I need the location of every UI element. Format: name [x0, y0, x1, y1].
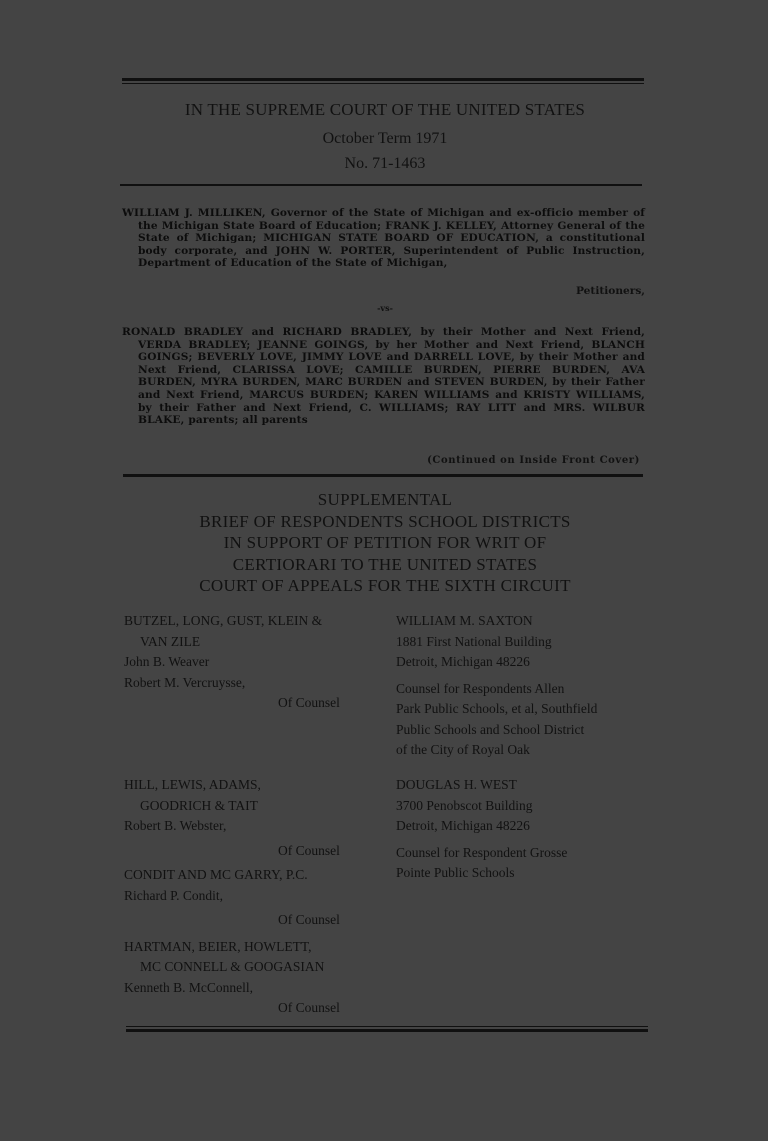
counsel-city: Detroit, Michigan 48226: [396, 816, 671, 837]
top-double-rule: [122, 78, 644, 84]
firm-name-cont: GOODRICH & TAIT: [124, 796, 389, 817]
petitioners-caption: WILLIAM J. MILLIKEN, Governor of the Sta…: [122, 207, 645, 270]
continued-note: (Continued on Inside Front Cover): [122, 455, 640, 466]
represents-line: Pointe Public Schools: [396, 863, 671, 884]
represents-line: Counsel for Respondents Allen: [396, 679, 671, 700]
represents-line: of the City of Royal Oak: [396, 740, 671, 761]
counsel-address: 3700 Penobscot Building: [396, 796, 671, 817]
counsel-address: 1881 First National Building: [396, 632, 671, 653]
counsel-block: HILL, LEWIS, ADAMS, GOODRICH & TAIT Robe…: [124, 775, 389, 861]
represents-line: Counsel for Respondent Grosse: [396, 843, 671, 864]
attorney-name: Kenneth B. McConnell,: [124, 978, 389, 999]
attorney-name: Robert B. Webster,: [124, 816, 389, 837]
counsel-block: CONDIT AND MC GARRY, P.C. Richard P. Con…: [124, 865, 389, 931]
firm-name: HARTMAN, BEIER, HOWLETT,: [124, 937, 389, 958]
caption-rule: [123, 474, 643, 477]
brief-title: SUPPLEMENTAL BRIEF OF RESPONDENTS SCHOOL…: [120, 489, 650, 597]
counsel-right-column: WILLIAM M. SAXTON 1881 First National Bu…: [396, 611, 671, 761]
represents-line: Public Schools and School District: [396, 720, 671, 741]
versus-label: -vs-: [360, 303, 410, 313]
title-line: COURT OF APPEALS FOR THE SIXTH CIRCUIT: [120, 575, 650, 597]
counsel-role: Of Counsel: [124, 693, 389, 714]
attorney-name: Richard P. Condit,: [124, 886, 389, 907]
bottom-double-rule: [126, 1026, 648, 1032]
counsel-name: WILLIAM M. SAXTON: [396, 611, 671, 632]
header-rule: [120, 184, 642, 186]
counsel-role: Of Counsel: [124, 910, 389, 931]
counsel-role: Of Counsel: [124, 998, 389, 1019]
counsel-city: Detroit, Michigan 48226: [396, 652, 671, 673]
counsel-name: DOUGLAS H. WEST: [396, 775, 671, 796]
petitioners-label: Petitioners,: [122, 285, 645, 297]
firm-name: BUTZEL, LONG, GUST, KLEIN &: [124, 611, 389, 632]
counsel-left-column: BUTZEL, LONG, GUST, KLEIN & VAN ZILE Joh…: [124, 611, 389, 714]
firm-name: HILL, LEWIS, ADAMS,: [124, 775, 389, 796]
attorney-name: Robert M. Vercruysse,: [124, 673, 389, 694]
title-line: BRIEF OF RESPONDENTS SCHOOL DISTRICTS: [120, 511, 650, 533]
court-term: October Term 1971: [100, 130, 670, 148]
counsel-block: HARTMAN, BEIER, HOWLETT, MC CONNELL & GO…: [124, 937, 389, 1019]
court-name: IN THE SUPREME COURT OF THE UNITED STATE…: [100, 100, 670, 120]
title-line: CERTIORARI TO THE UNITED STATES: [120, 554, 650, 576]
respondents-caption: RONALD BRADLEY and RICHARD BRADLEY, by t…: [122, 326, 645, 427]
counsel-block: WILLIAM M. SAXTON 1881 First National Bu…: [396, 611, 671, 761]
counsel-left-column-2: HILL, LEWIS, ADAMS, GOODRICH & TAIT Robe…: [124, 775, 389, 1019]
docket-number: No. 71-1463: [100, 155, 670, 173]
title-line: IN SUPPORT OF PETITION FOR WRIT OF: [120, 532, 650, 554]
attorney-name: John B. Weaver: [124, 652, 389, 673]
represents-line: Park Public Schools, et al, Southfield: [396, 699, 671, 720]
counsel-right-column-2: DOUGLAS H. WEST 3700 Penobscot Building …: [396, 775, 671, 884]
counsel-block: DOUGLAS H. WEST 3700 Penobscot Building …: [396, 775, 671, 884]
firm-name-cont: VAN ZILE: [124, 632, 389, 653]
title-line: SUPPLEMENTAL: [120, 489, 650, 511]
brief-cover-page: IN THE SUPREME COURT OF THE UNITED STATE…: [0, 0, 768, 1141]
counsel-role: Of Counsel: [124, 841, 389, 862]
firm-name: CONDIT AND MC GARRY, P.C.: [124, 865, 389, 886]
firm-name-cont: MC CONNELL & GOOGASIAN: [124, 957, 389, 978]
counsel-block: BUTZEL, LONG, GUST, KLEIN & VAN ZILE Joh…: [124, 611, 389, 714]
